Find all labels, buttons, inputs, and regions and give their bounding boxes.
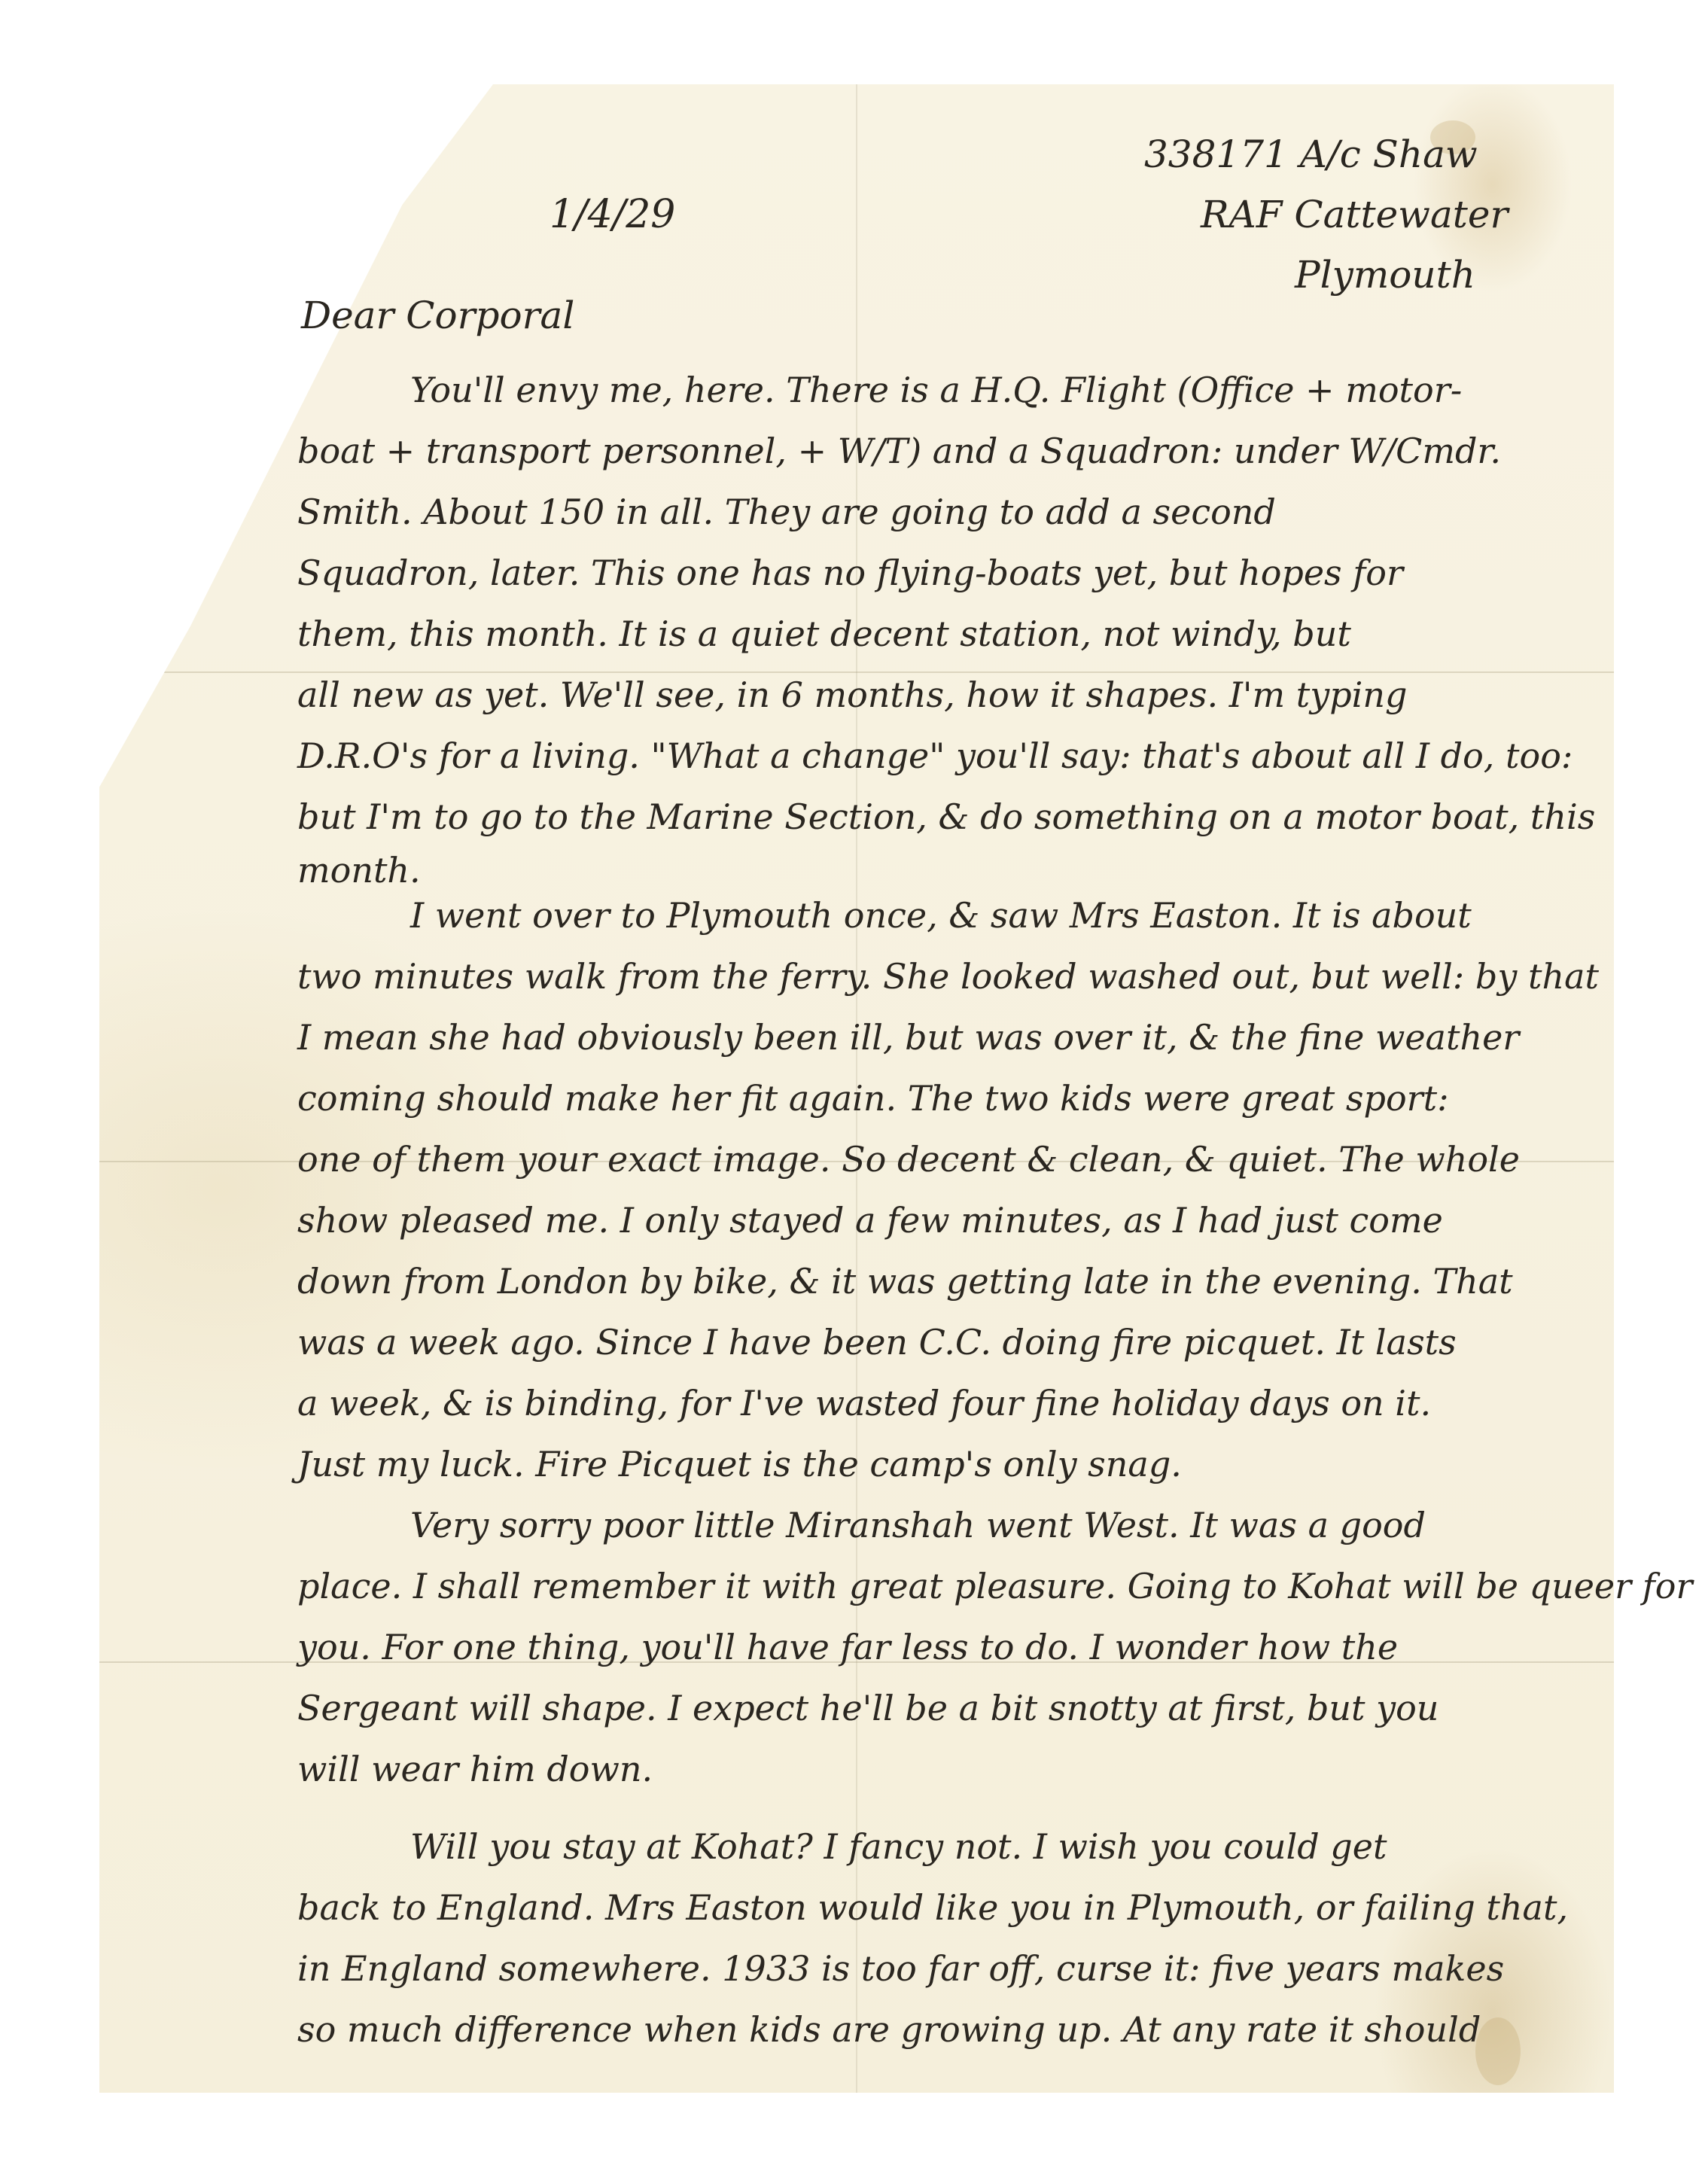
body-line: all new as yet. We'll see, in 6 months, …	[297, 665, 1607, 726]
body-line: place. I shall remember it with great pl…	[297, 1556, 1607, 1617]
sender-name: 338171 A/c Shaw	[1144, 124, 1508, 184]
body-line: one of them your exact image. So decent …	[297, 1129, 1607, 1190]
body-line: back to England. Mrs Easton would like y…	[297, 1877, 1607, 1938]
body-line: in England somewhere. 1933 is too far of…	[297, 1938, 1607, 1999]
body-line: you. For one thing, you'll have far less…	[297, 1617, 1607, 1678]
letter-date: 1/4/29	[550, 192, 675, 237]
sender-address: 338171 A/c Shaw RAF Cattewater Plymouth	[1144, 124, 1508, 305]
letter-body: You'll envy me, here. There is a H.Q. Fl…	[297, 360, 1607, 2060]
body-line: show pleased me. I only stayed a few min…	[297, 1190, 1607, 1251]
salutation: Dear Corporal	[301, 294, 574, 337]
body-line: Just my luck. Fire Picquet is the camp's…	[297, 1434, 1607, 1495]
body-line: Will you stay at Kohat? I fancy not. I w…	[297, 1816, 1607, 1877]
body-line: Squadron, later. This one has no flying-…	[297, 543, 1607, 604]
body-line: a week, & is binding, for I've wasted fo…	[297, 1373, 1607, 1434]
body-line: Smith. About 150 in all. They are going …	[297, 482, 1607, 543]
body-line: so much difference when kids are growing…	[297, 1999, 1607, 2060]
body-line: month.	[297, 848, 1607, 885]
body-line: coming should make her fit again. The tw…	[297, 1068, 1607, 1129]
body-line: boat + transport personnel, + W/T) and a…	[297, 421, 1607, 482]
body-line: but I'm to go to the Marine Section, & d…	[297, 787, 1607, 848]
body-line: Sergeant will shape. I expect he'll be a…	[297, 1678, 1607, 1739]
body-line: them, this month. It is a quiet decent s…	[297, 604, 1607, 665]
body-line: You'll envy me, here. There is a H.Q. Fl…	[297, 360, 1607, 421]
sender-station: RAF Cattewater	[1201, 184, 1508, 245]
body-line: down from London by bike, & it was getti…	[297, 1251, 1607, 1312]
body-line: will wear him down.	[297, 1739, 1607, 1800]
body-line: I went over to Plymouth once, & saw Mrs …	[297, 885, 1607, 946]
body-line: I mean she had obviously been ill, but w…	[297, 1007, 1607, 1068]
body-line: D.R.O's for a living. "What a change" yo…	[297, 726, 1607, 787]
body-line: Very sorry poor little Miranshah went We…	[297, 1495, 1607, 1556]
body-line: two minutes walk from the ferry. She loo…	[297, 946, 1607, 1007]
sender-town: Plymouth	[1295, 245, 1508, 305]
body-line: was a week ago. Since I have been C.C. d…	[297, 1312, 1607, 1373]
